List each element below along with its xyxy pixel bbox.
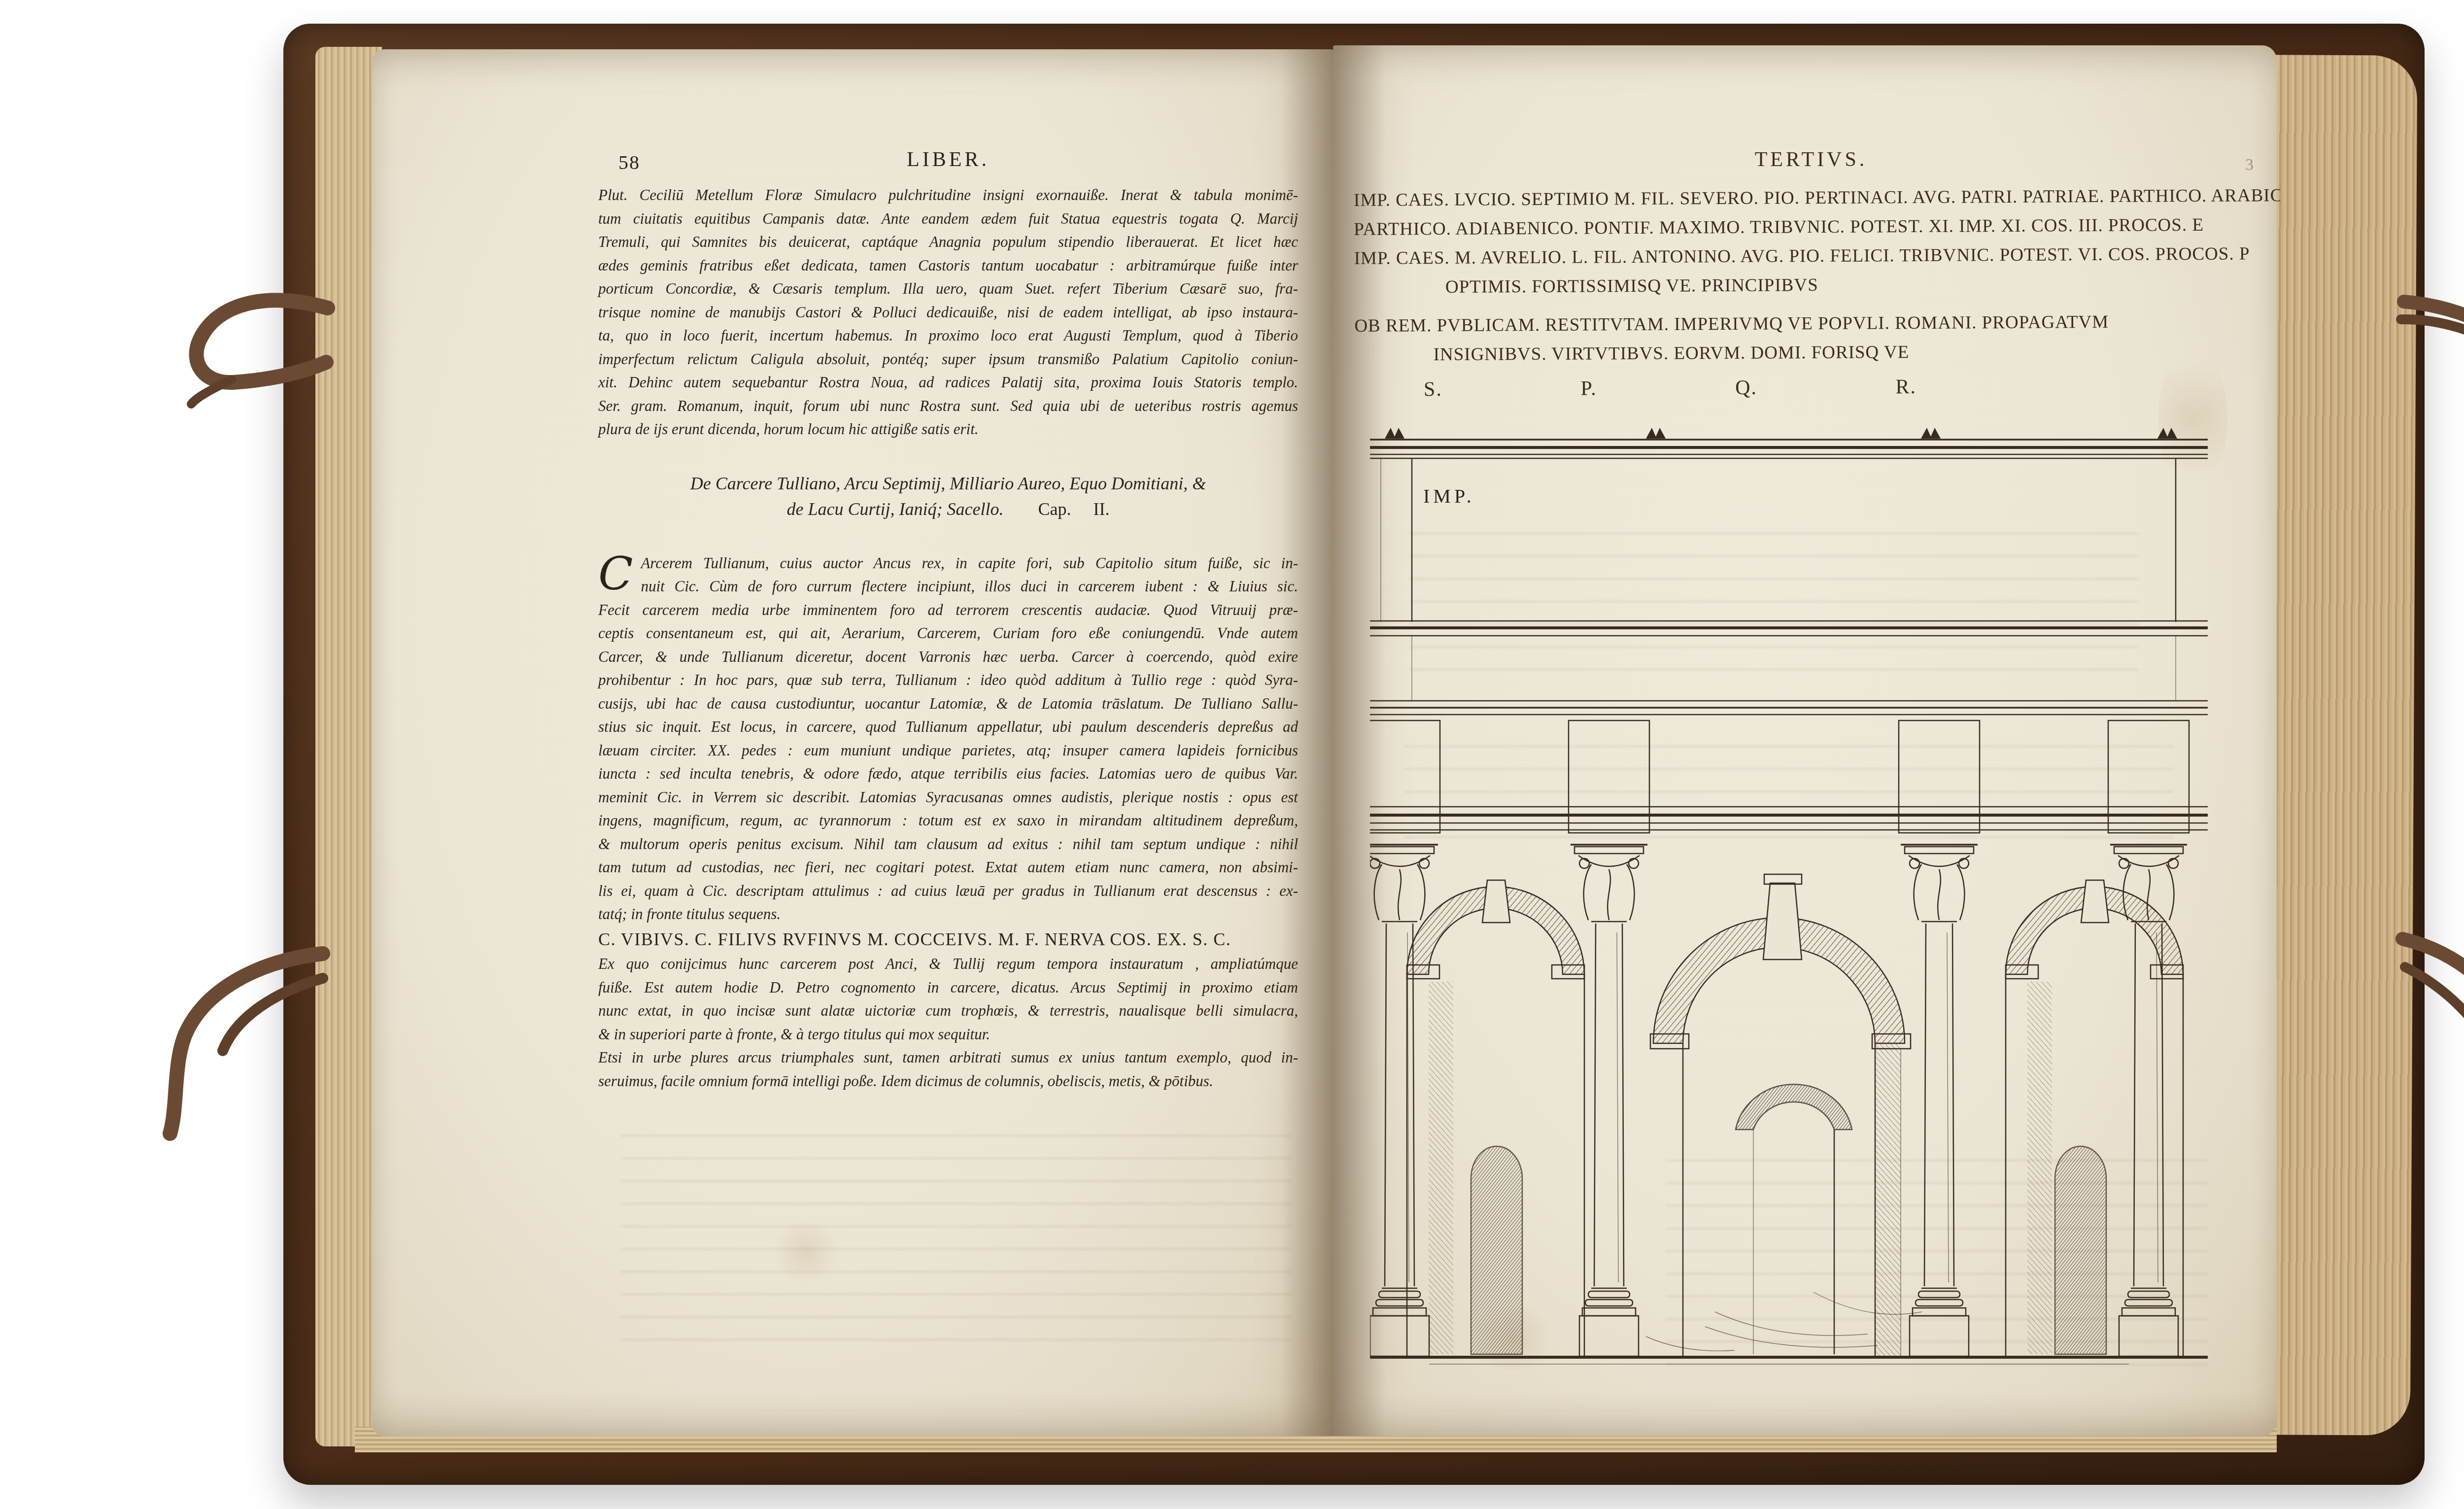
strap-bottom-right-2 <box>2405 967 2464 1056</box>
book-photograph: 58 LIBER. Plut. Ceciliū Metellum Floræ S… <box>0 0 2464 1509</box>
strap-top-left <box>196 300 328 382</box>
strap-bottom-left-2 <box>223 978 323 1051</box>
strap-overlay <box>0 0 2464 1509</box>
strap-top-right-2 <box>2401 319 2464 349</box>
